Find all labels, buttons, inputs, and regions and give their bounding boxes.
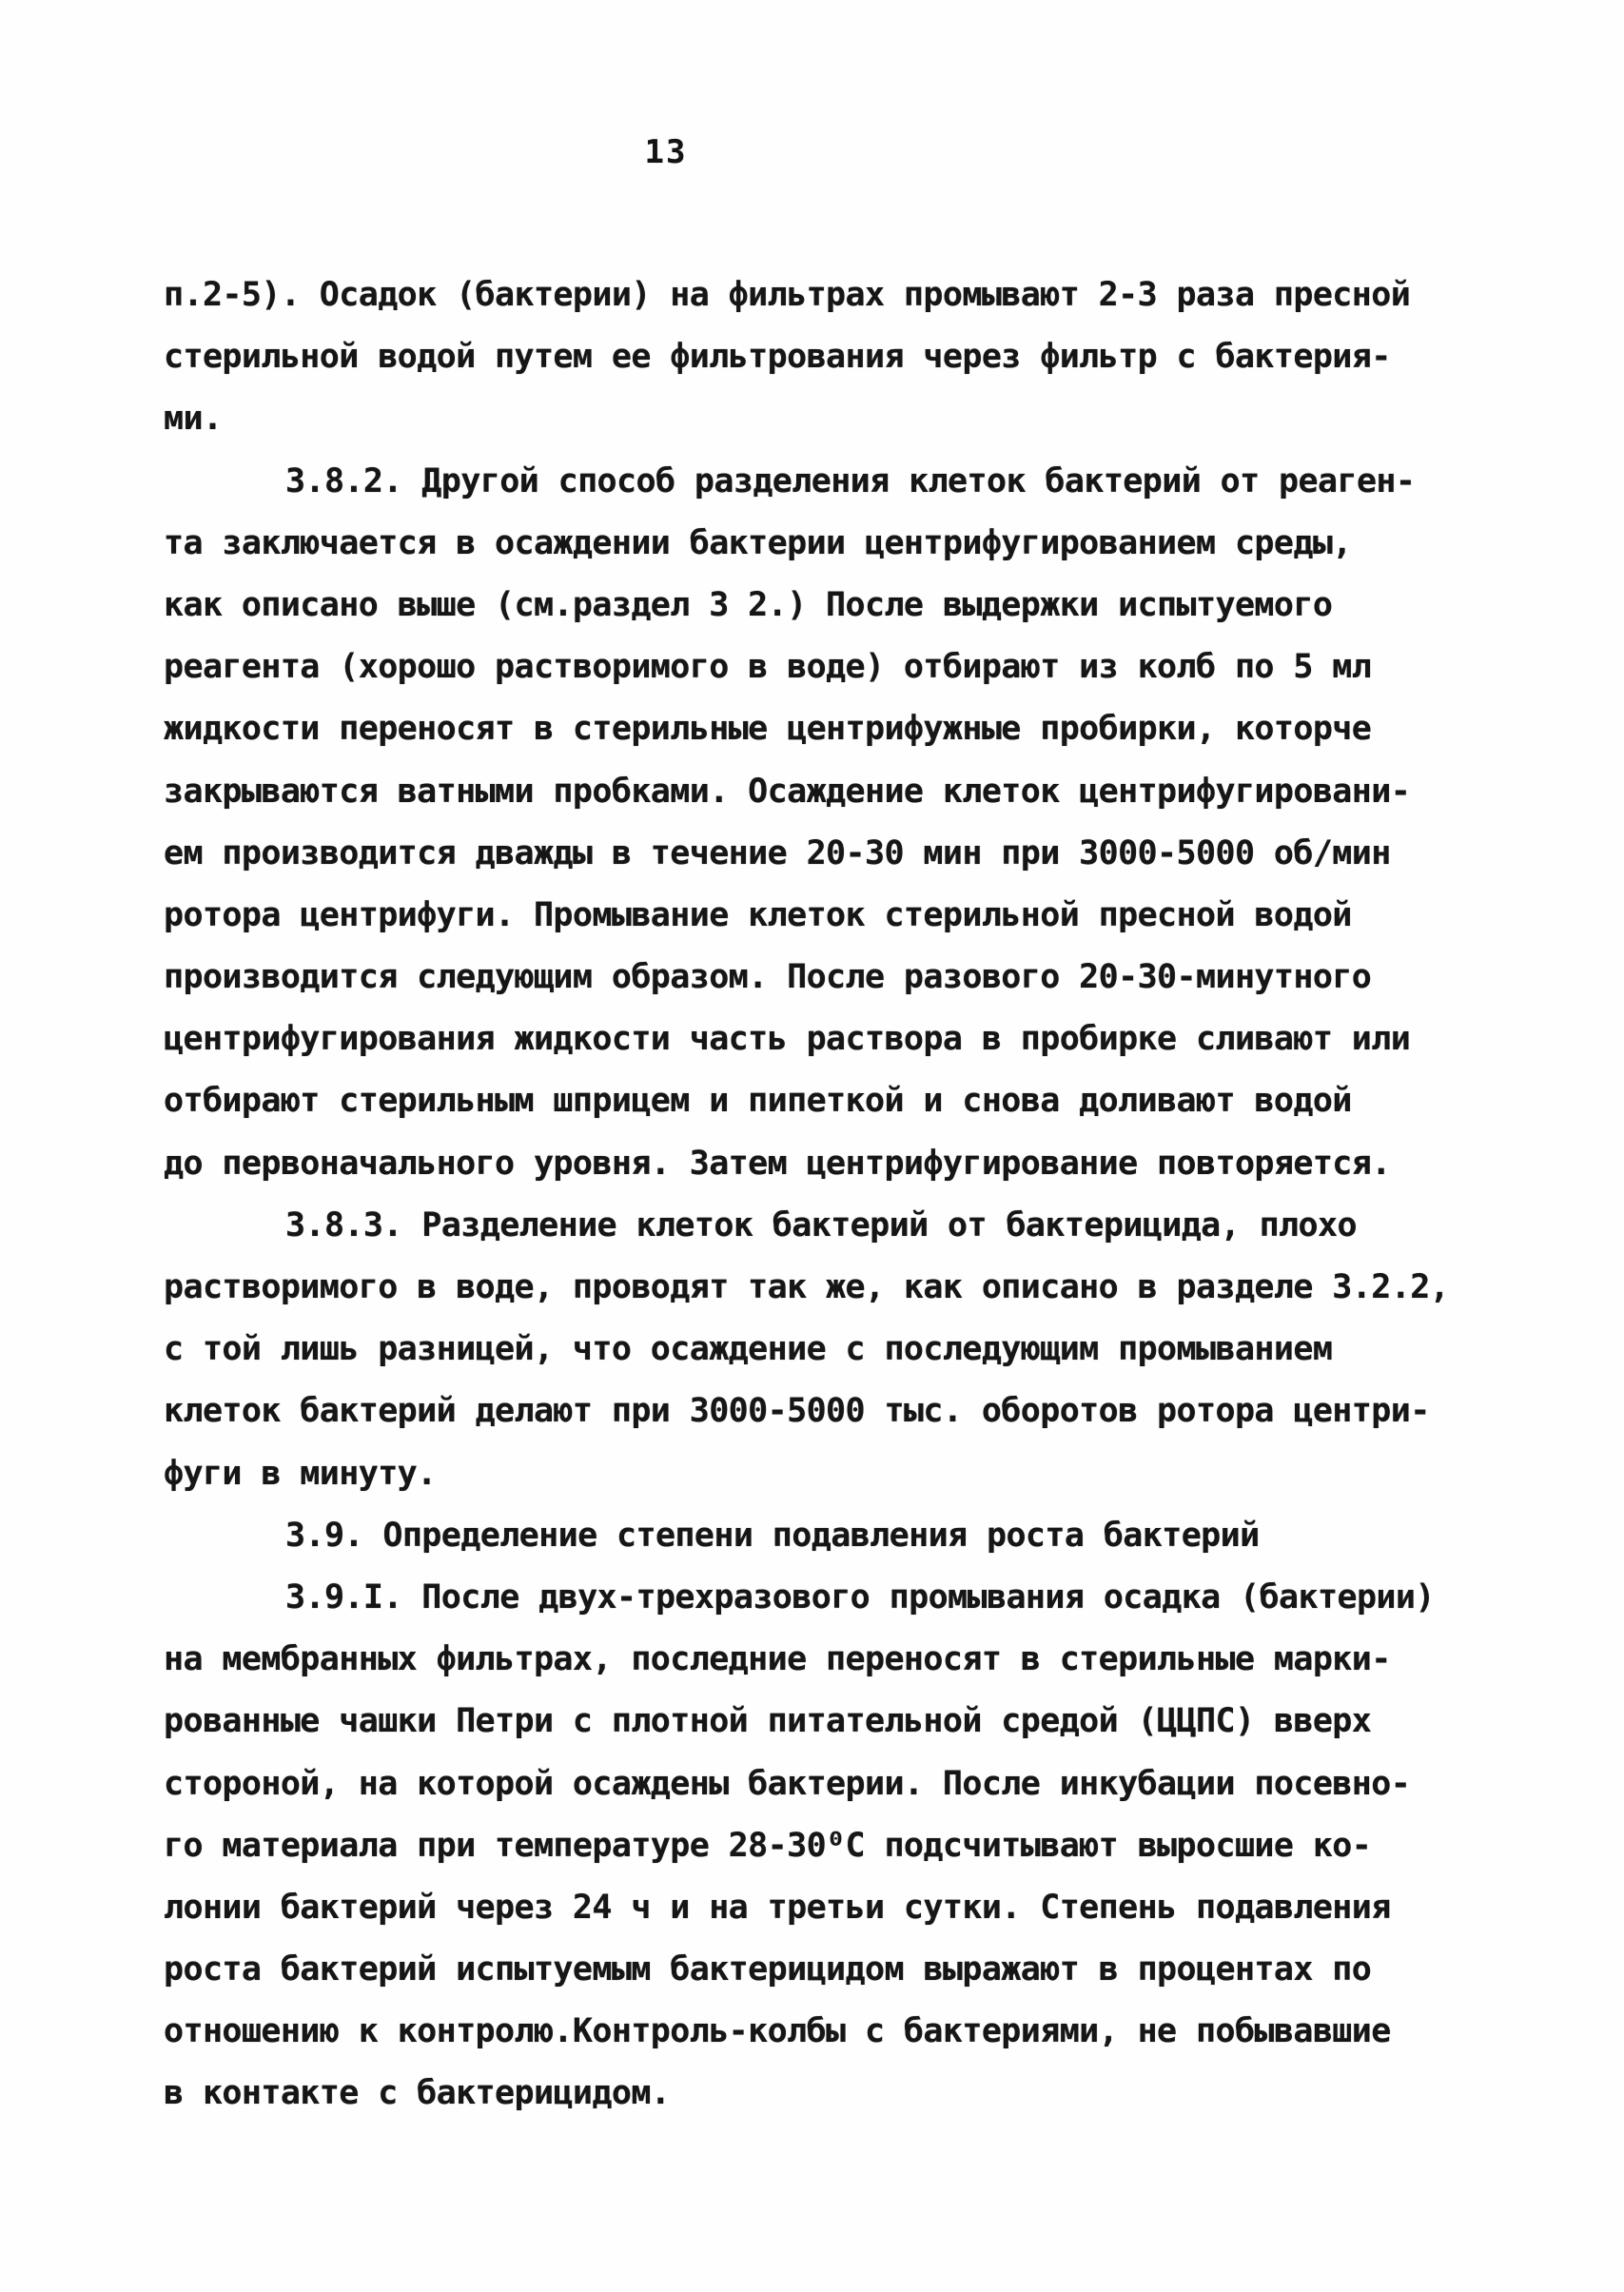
text-line-section-3-9-1: 3.9.I. После двух-трехразового промывани…: [164, 1567, 1562, 1629]
text-line: отношению к контролю.Контроль-колбы с ба…: [164, 2001, 1562, 2063]
text-line: как описано выше (см.раздел 3 2.) После …: [164, 575, 1562, 637]
text-line: роста бактерий испытуемым бактерицидом в…: [164, 1939, 1562, 2001]
text-line: лонии бактерий через 24 ч и на третьи су…: [164, 1877, 1562, 1939]
text-line: го материала при температуре 28-30⁰С под…: [164, 1815, 1562, 1877]
text-line: ми.: [164, 388, 1562, 450]
text-line: жидкости переносят в стерильные центрифу…: [164, 698, 1562, 760]
text-line-section-3-8-2: 3.8.2. Другой способ разделения клеток б…: [164, 451, 1562, 513]
text-line: производится следующим образом. После ра…: [164, 947, 1562, 1009]
text-line: отбирают стерильным шприцем и пипеткой и…: [164, 1070, 1562, 1132]
text-line-section-3-9-heading: 3.9. Определение степени подавления рост…: [164, 1505, 1562, 1567]
document-text-block: п.2-5). Осадок (бактерии) на фильтрах пр…: [164, 264, 1562, 2125]
text-line: рованные чашки Петри с плотной питательн…: [164, 1691, 1562, 1753]
text-line: закрываются ватными пробками. Осаждение …: [164, 761, 1562, 823]
text-line: с той лишь разницей, что осаждение с пос…: [164, 1319, 1562, 1381]
text-line: стороной, на которой осаждены бактерии. …: [164, 1753, 1562, 1815]
text-line: реагента (хорошо растворимого в воде) от…: [164, 637, 1562, 698]
text-line: до первоначального уровня. Затем центриф…: [164, 1133, 1562, 1195]
text-line: фуги в минуту.: [164, 1443, 1562, 1505]
text-line: на мембранных фильтрах, последние перено…: [164, 1629, 1562, 1691]
text-line-section-3-8-3: 3.8.3. Разделение клеток бактерий от бак…: [164, 1195, 1562, 1257]
text-line: центрифугирования жидкости часть раствор…: [164, 1009, 1562, 1070]
text-line: п.2-5). Осадок (бактерии) на фильтрах пр…: [164, 264, 1562, 326]
text-line: та заключается в осаждении бактерии цент…: [164, 513, 1562, 575]
text-line: стерильной водой путем ее фильтрования ч…: [164, 326, 1562, 388]
text-line: ем производится дважды в течение 20-30 м…: [164, 823, 1562, 885]
text-line: ротора центрифуги. Промывание клеток сте…: [164, 885, 1562, 947]
text-line: растворимого в воде, проводят так же, ка…: [164, 1257, 1562, 1319]
document-page: 13 п.2-5). Осадок (бактерии) на фильтрах…: [0, 0, 1624, 2292]
text-line: клеток бактерий делают при 3000-5000 тыс…: [164, 1381, 1562, 1442]
text-line: в контакте с бактерицидом.: [164, 2063, 1562, 2125]
page-number: 13: [645, 133, 688, 171]
